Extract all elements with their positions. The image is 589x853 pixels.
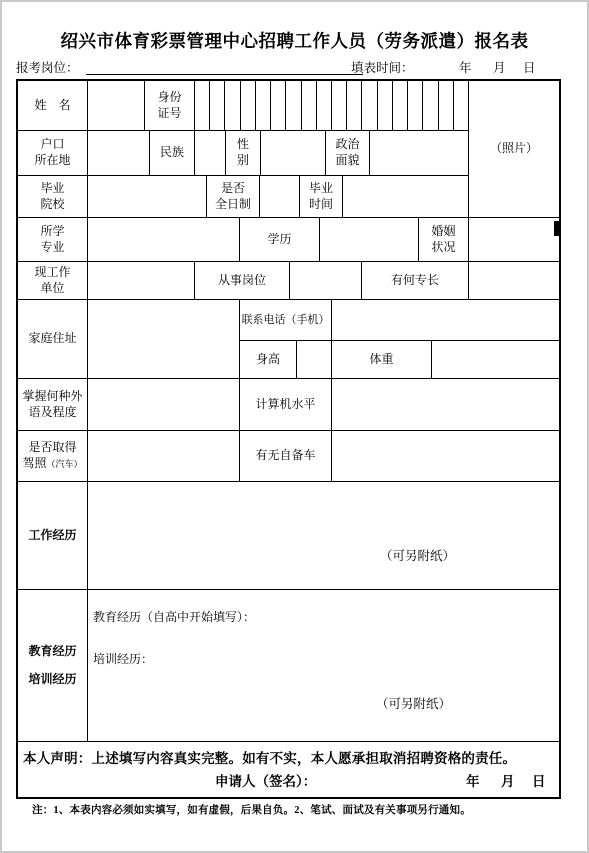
employer-label: 现工作 单位 <box>18 262 88 300</box>
drivers-license-label: 是否取得 驾照（汽车） <box>18 431 88 482</box>
id-digit-cell[interactable] <box>454 81 469 130</box>
footer-note: 注：1、本表内容必须如实填写，如有虚假，后果自负。2、笔试、面试及有关事项另行通… <box>32 802 471 817</box>
application-form-page: 绍兴市体育彩票管理中心招聘工作人员（劳务派遣）报名表 报考岗位： 填表时间： 年… <box>0 0 589 853</box>
declaration-day-label: 日 <box>532 773 546 791</box>
major-label: 所学 专业 <box>18 218 88 262</box>
id-digit-cell[interactable] <box>286 81 301 130</box>
specialty-input[interactable] <box>469 262 559 300</box>
id-digit-cell[interactable] <box>408 81 423 130</box>
declaration-year-label: 年 <box>466 773 480 791</box>
marital-status-input[interactable] <box>469 218 559 262</box>
home-address-label: 家庭住址 <box>18 300 88 379</box>
id-digit-cell[interactable] <box>302 81 317 130</box>
own-car-label: 有无自备车 <box>240 431 332 482</box>
work-experience-input[interactable]: （可另附纸） <box>88 482 559 590</box>
height-label: 身高 <box>240 341 297 379</box>
id-digit-cell[interactable] <box>393 81 408 130</box>
gender-input[interactable] <box>261 131 326 176</box>
attach-paper-note: （可另附纸） <box>380 548 455 564</box>
id-digit-cell[interactable] <box>423 81 438 130</box>
computer-skill-label: 计算机水平 <box>240 379 332 431</box>
attach-paper-note: （可另附纸） <box>376 696 451 712</box>
form-table: 姓 名 身份 证号 （照片） 户口 所在地 民族 性 别 政治 面貌 毕业 院 <box>16 79 561 799</box>
height-input[interactable] <box>297 341 332 379</box>
hukou-input[interactable] <box>88 131 150 176</box>
fulltime-label: 是否 全日制 <box>207 176 260 218</box>
political-status-input[interactable] <box>370 131 469 176</box>
graduation-time-label: 毕业 时间 <box>300 176 343 218</box>
job-position-label: 从事岗位 <box>195 262 290 300</box>
foreign-language-input[interactable] <box>88 379 240 431</box>
ink-mark <box>554 221 560 236</box>
weight-input[interactable] <box>432 341 559 379</box>
id-digit-cell[interactable] <box>210 81 225 130</box>
id-digit-cell[interactable] <box>378 81 393 130</box>
own-car-input[interactable] <box>332 431 559 482</box>
photo-area[interactable]: （照片） <box>469 81 559 218</box>
id-digit-cell[interactable] <box>195 81 210 130</box>
form-header-line: 报考岗位： 填表时间： 年 月 日 <box>16 57 577 77</box>
education-training-label: 教育经历 培训经历 <box>18 590 88 742</box>
declaration-text: 本人声明：上述填写内容真实完整。如有不实，本人愿承担取消招聘资格的责任。 <box>23 750 555 768</box>
declaration-month-label: 月 <box>501 773 515 791</box>
graduation-time-input[interactable] <box>343 176 469 218</box>
home-address-input[interactable] <box>88 300 240 379</box>
id-digit-cell[interactable] <box>439 81 454 130</box>
id-digit-cells <box>195 81 469 131</box>
ethnicity-label: 民族 <box>150 131 195 176</box>
phone-input[interactable] <box>332 300 559 341</box>
training-history-prompt: 培训经历： <box>93 652 153 668</box>
political-status-label: 政治 面貌 <box>326 131 370 176</box>
position-label: 报考岗位： <box>16 58 79 76</box>
employer-input[interactable] <box>88 262 195 300</box>
weight-label: 体重 <box>332 341 432 379</box>
job-position-input[interactable] <box>290 262 362 300</box>
name-input[interactable] <box>88 81 145 131</box>
gender-label: 性 别 <box>226 131 261 176</box>
id-digit-cell[interactable] <box>332 81 347 130</box>
drivers-license-input[interactable] <box>88 431 240 482</box>
school-label: 毕业 院校 <box>18 176 88 218</box>
major-input[interactable] <box>88 218 240 262</box>
foreign-language-label: 掌握何种外 语及程度 <box>18 379 88 431</box>
work-experience-label: 工作经历 <box>18 482 88 590</box>
ethnicity-input[interactable] <box>195 131 226 176</box>
marital-status-label: 婚姻 状况 <box>419 218 469 262</box>
name-label: 姓 名 <box>18 81 88 131</box>
education-level-label: 学历 <box>240 218 320 262</box>
education-training-input[interactable]: 教育经历（自高中开始填写）： 培训经历： （可另附纸） <box>88 590 559 742</box>
specialty-label: 有何专长 <box>362 262 469 300</box>
page-title: 绍兴市体育彩票管理中心招聘工作人员（劳务派遣）报名表 <box>2 28 587 53</box>
position-input[interactable] <box>86 57 363 75</box>
header-year-label: 年 <box>459 58 472 76</box>
education-history-prompt: 教育经历（自高中开始填写）： <box>93 610 255 626</box>
id-digit-cell[interactable] <box>241 81 256 130</box>
declaration-section: 本人声明：上述填写内容真实完整。如有不实，本人愿承担取消招聘资格的责任。 申请人… <box>18 742 559 797</box>
hukou-label: 户口 所在地 <box>18 131 88 176</box>
fill-date-label: 填表时间： <box>351 58 414 76</box>
fulltime-input[interactable] <box>260 176 300 218</box>
id-digit-cell[interactable] <box>271 81 286 130</box>
id-digit-cell[interactable] <box>347 81 362 130</box>
header-month-label: 月 <box>493 58 506 76</box>
school-input[interactable] <box>88 176 207 218</box>
education-level-input[interactable] <box>320 218 419 262</box>
id-digit-cell[interactable] <box>256 81 271 130</box>
signature-label[interactable]: 申请人（签名）： <box>215 773 316 791</box>
id-digit-cell[interactable] <box>317 81 332 130</box>
phone-label: 联系电话（手机） <box>240 300 332 341</box>
id-number-label: 身份 证号 <box>145 81 195 131</box>
computer-skill-input[interactable] <box>332 379 559 431</box>
header-day-label: 日 <box>523 58 536 76</box>
id-digit-cell[interactable] <box>225 81 240 130</box>
id-digit-cell[interactable] <box>362 81 377 130</box>
